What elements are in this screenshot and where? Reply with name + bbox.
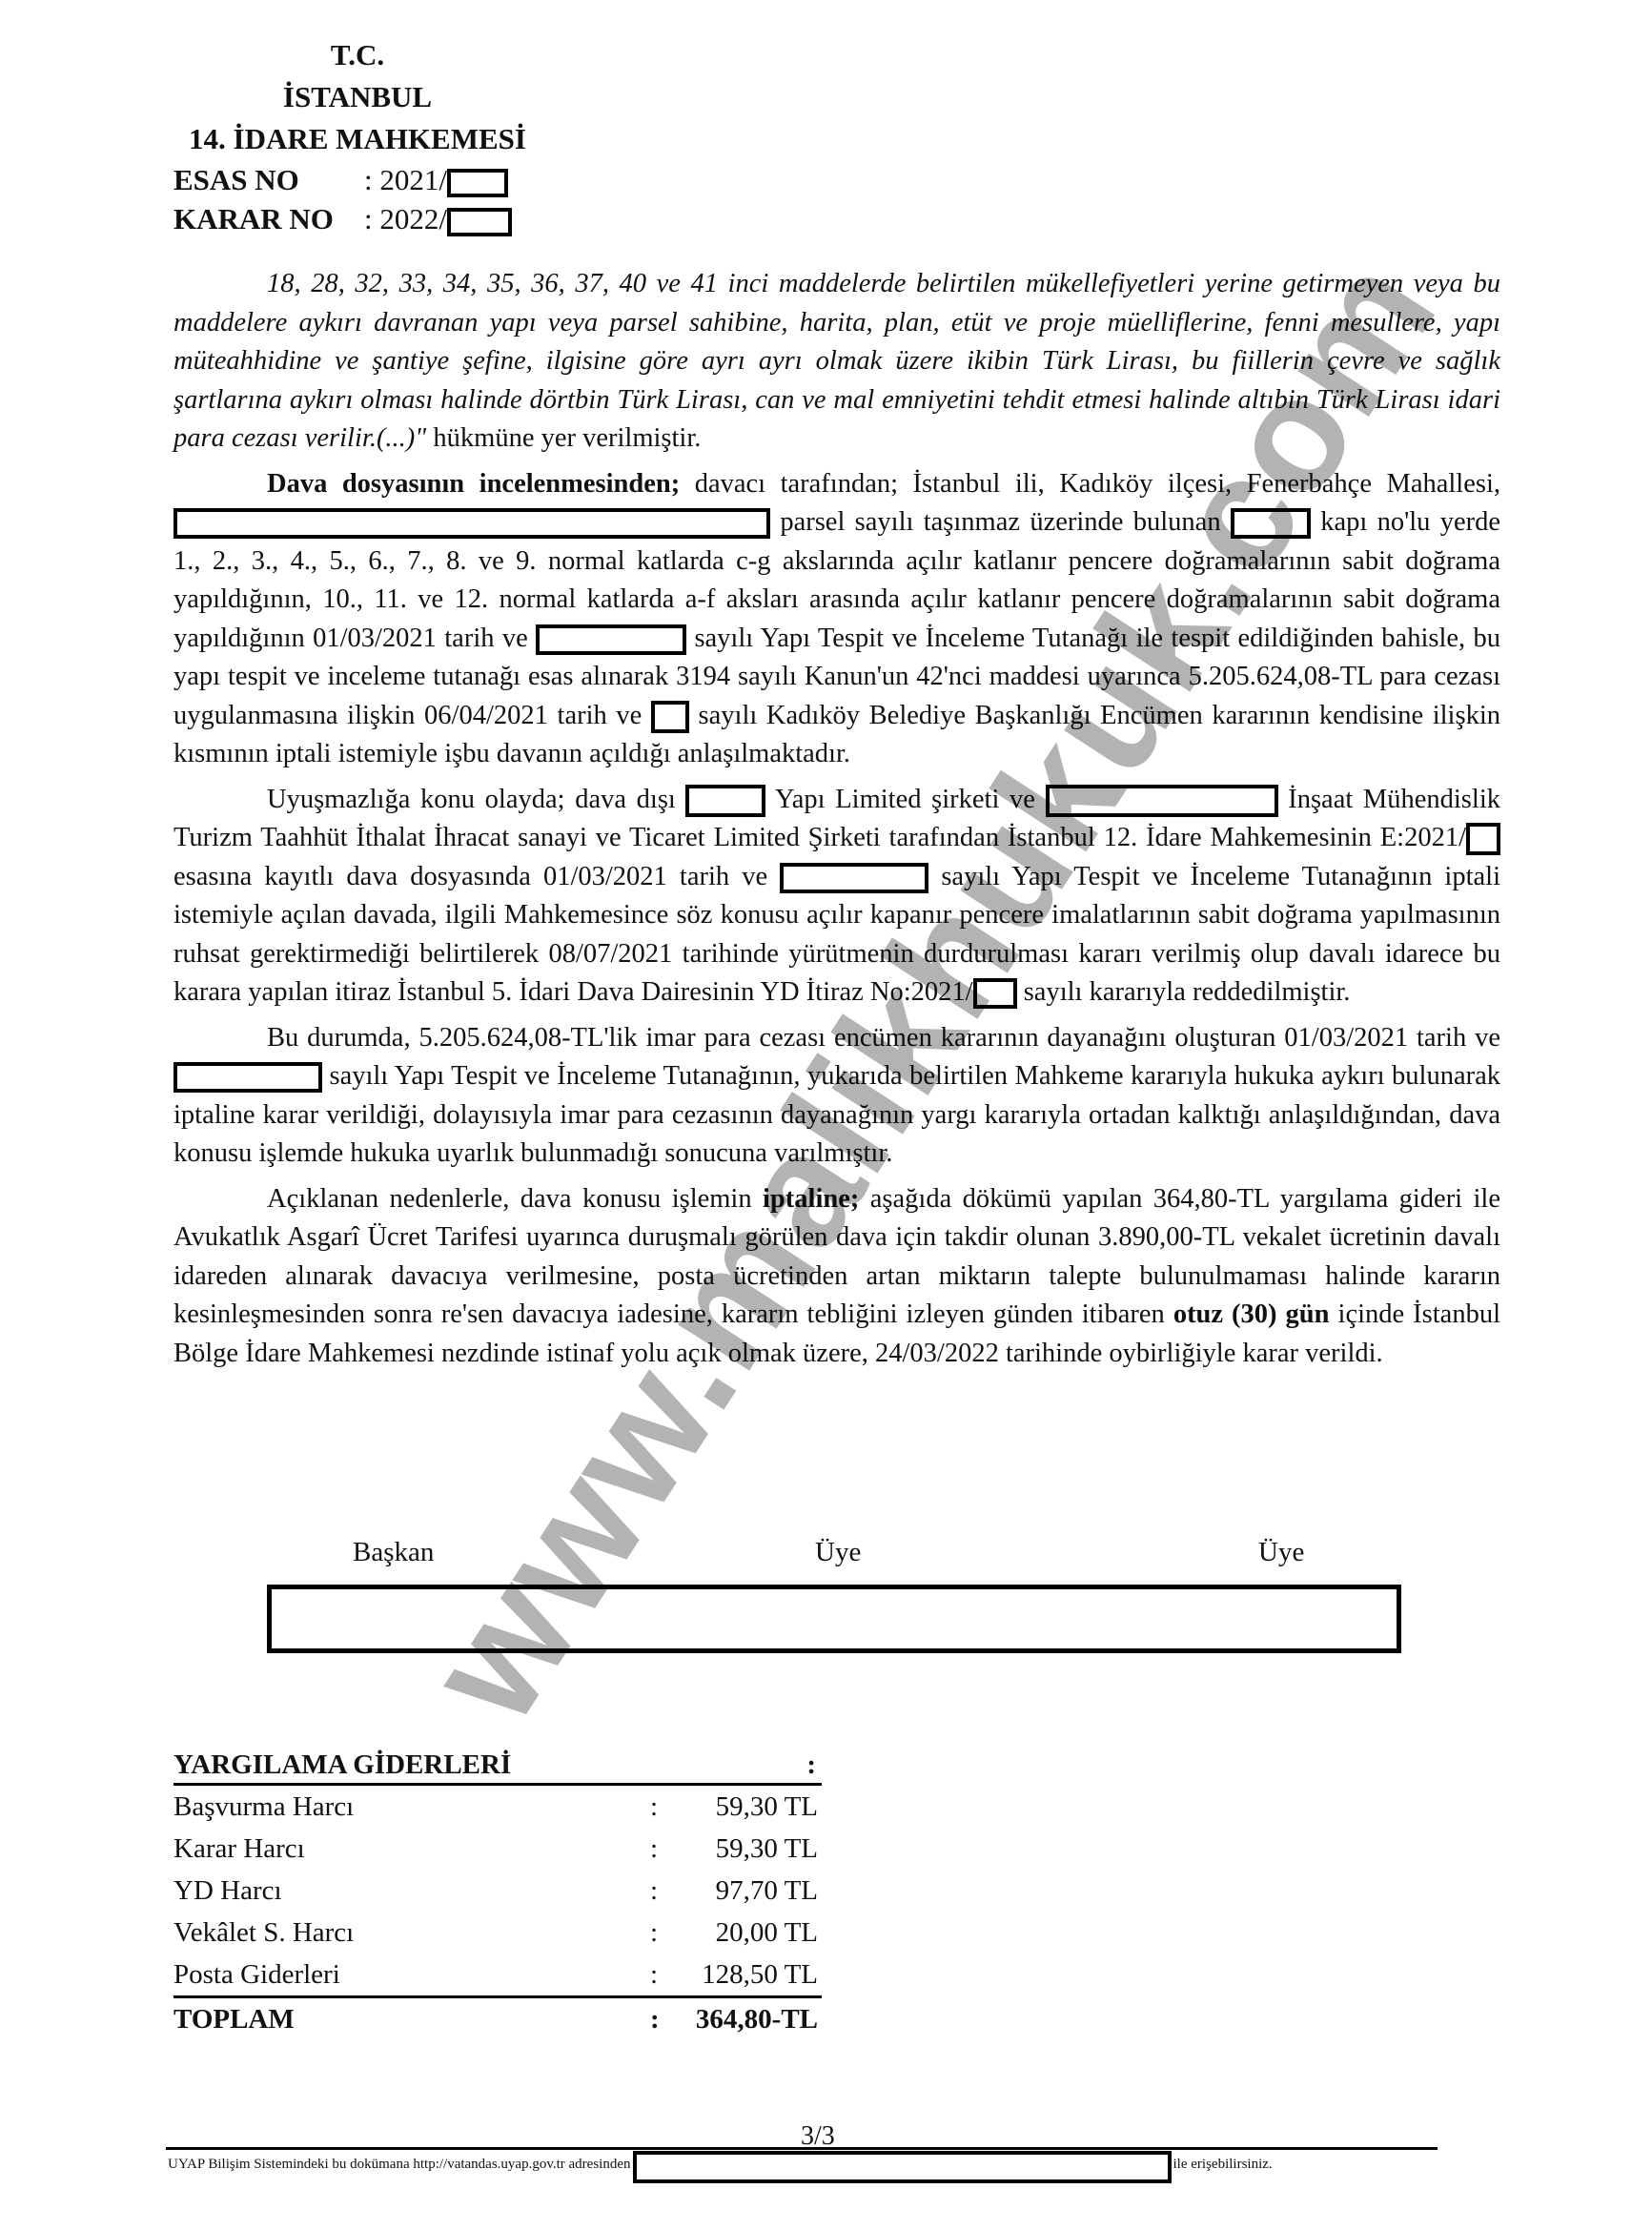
- paragraph-case-file: Dava dosyasının incelenmesinden; davacı …: [173, 465, 1500, 774]
- case-file-heading: Dava dosyasının incelenmesinden;: [267, 469, 680, 499]
- member-label-1: Üye: [815, 1537, 861, 1568]
- cost-value: 97,70 TL: [675, 1870, 818, 1912]
- paragraph-conclusion: Bu durumda, 5.205.624,08-TL'lik imar par…: [173, 1019, 1500, 1174]
- chair-label: Başkan: [353, 1537, 434, 1568]
- costs-heading: YARGILAMA GİDERLERİ :: [173, 1747, 822, 1786]
- colon: :: [650, 1998, 675, 2040]
- verdict-keyword: iptaline;: [763, 1184, 859, 1214]
- paragraph-verdict: Açıklanan nedenlerle, dava konusu işlemi…: [173, 1180, 1500, 1374]
- text-span: Açıklanan nedenlerle, dava konusu işlemi…: [267, 1184, 763, 1214]
- cost-value: 20,00 TL: [675, 1912, 818, 1954]
- cost-row: Posta Giderleri:128,50 TL: [173, 1954, 822, 1995]
- colon: :: [650, 1786, 675, 1828]
- document-header: T.C. İSTANBUL 14. İDARE MAHKEMESİ ESAS N…: [173, 34, 555, 238]
- karar-no-row: KARAR NO: 2022/: [173, 199, 555, 238]
- text-span: Yapı Limited şirketi ve: [765, 785, 1045, 814]
- cost-row: Başvurma Harcı:59,30 TL: [173, 1786, 822, 1828]
- colon: :: [650, 1828, 675, 1870]
- redaction-box: [447, 208, 512, 236]
- total-label: TOPLAM: [173, 1998, 650, 2040]
- paragraph-law-quote: 18, 28, 32, 33, 34, 35, 36, 37, 40 ve 41…: [173, 265, 1500, 459]
- karar-no-value: : 2022/: [364, 202, 447, 235]
- text-span: Bu durumda, 5.205.624,08-TL'lik imar par…: [267, 1023, 1500, 1053]
- uyap-footer: UYAP Bilişim Sistemindeki bu dokümana ht…: [168, 2151, 1464, 2183]
- redaction-box: [536, 624, 686, 655]
- cost-name: Başvurma Harcı: [173, 1786, 650, 1828]
- footer-text-after: ile erişebilirsiniz.: [1173, 2157, 1273, 2172]
- costs-title: YARGILAMA GİDERLERİ: [173, 1747, 511, 1783]
- text-span: parsel sayılı taşınmaz üzerinde bulunan: [770, 507, 1231, 537]
- cost-row: Karar Harcı:59,30 TL: [173, 1828, 822, 1870]
- appeal-period: otuz (30) gün: [1173, 1299, 1330, 1329]
- decision-body: 18, 28, 32, 33, 34, 35, 36, 37, 40 ve 41…: [173, 265, 1500, 1373]
- cost-value: 128,50 TL: [675, 1954, 818, 1995]
- text-span: Uyuşmazlığa konu olayda; dava dışı: [267, 785, 685, 814]
- esas-no-label: ESAS NO: [173, 160, 364, 199]
- law-quote-tail: hükmüne yer verilmiştir.: [426, 423, 701, 453]
- redaction-box: [173, 1062, 322, 1093]
- footer-divider: [166, 2147, 1438, 2150]
- costs-total-row: TOPLAM : 364,80-TL: [173, 1995, 822, 2040]
- cost-row: Vekâlet S. Harcı:20,00 TL: [173, 1912, 822, 1954]
- cost-row: YD Harcı:97,70 TL: [173, 1870, 822, 1912]
- cost-value: 59,30 TL: [675, 1786, 818, 1828]
- redaction-box: [633, 2151, 1172, 2183]
- cost-name: Vekâlet S. Harcı: [173, 1912, 650, 1954]
- city-label: İSTANBUL: [173, 76, 541, 118]
- court-name: 14. İDARE MAHKEMESİ: [173, 118, 541, 160]
- law-quote: 18, 28, 32, 33, 34, 35, 36, 37, 40 ve 41…: [173, 269, 1500, 453]
- member-label-2: Üye: [1258, 1537, 1304, 1568]
- esas-no-row: ESAS NO: 2021/: [173, 160, 555, 199]
- text-span: sayılı Yapı Tespit ve İnceleme Tutanağın…: [173, 1061, 1500, 1168]
- footer-text-before: UYAP Bilişim Sistemindeki bu dokümana ht…: [168, 2157, 631, 2172]
- country-label: T.C.: [173, 34, 541, 76]
- redaction-box: [447, 169, 508, 197]
- total-value: 364,80-TL: [675, 1998, 818, 2040]
- colon: :: [650, 1912, 675, 1954]
- redaction-box: [1231, 508, 1311, 539]
- redaction-box: [1046, 785, 1278, 817]
- redaction-box: [173, 508, 770, 539]
- signature-redaction-box: [267, 1585, 1401, 1653]
- redaction-box: [685, 785, 765, 817]
- redaction-box: [973, 978, 1017, 1009]
- text-span: davacı tarafından; İstanbul ili, Kadıköy…: [680, 469, 1500, 499]
- costs-title-colon: :: [806, 1747, 816, 1783]
- document-page: T.C. İSTANBUL 14. İDARE MAHKEMESİ ESAS N…: [0, 0, 1652, 2230]
- colon: :: [650, 1954, 675, 1995]
- text-span: sayılı kararıyla reddedilmiştir.: [1017, 977, 1351, 1007]
- redaction-box: [651, 701, 689, 733]
- redaction-box: [1466, 823, 1500, 855]
- text-span: esasına kayıtlı dava dosyasında 01/03/20…: [173, 862, 780, 891]
- cost-name: Karar Harcı: [173, 1828, 650, 1870]
- paragraph-dispute: Uyuşmazlığa konu olayda; dava dışı Yapı …: [173, 781, 1500, 1013]
- colon: :: [650, 1870, 675, 1912]
- cost-value: 59,30 TL: [675, 1828, 818, 1870]
- costs-table: YARGILAMA GİDERLERİ : Başvurma Harcı:59,…: [173, 1747, 822, 2040]
- karar-no-label: KARAR NO: [173, 199, 364, 238]
- redaction-box: [780, 863, 928, 893]
- cost-name: Posta Giderleri: [173, 1954, 650, 1995]
- esas-no-value: : 2021/: [364, 163, 447, 196]
- cost-name: YD Harcı: [173, 1870, 650, 1912]
